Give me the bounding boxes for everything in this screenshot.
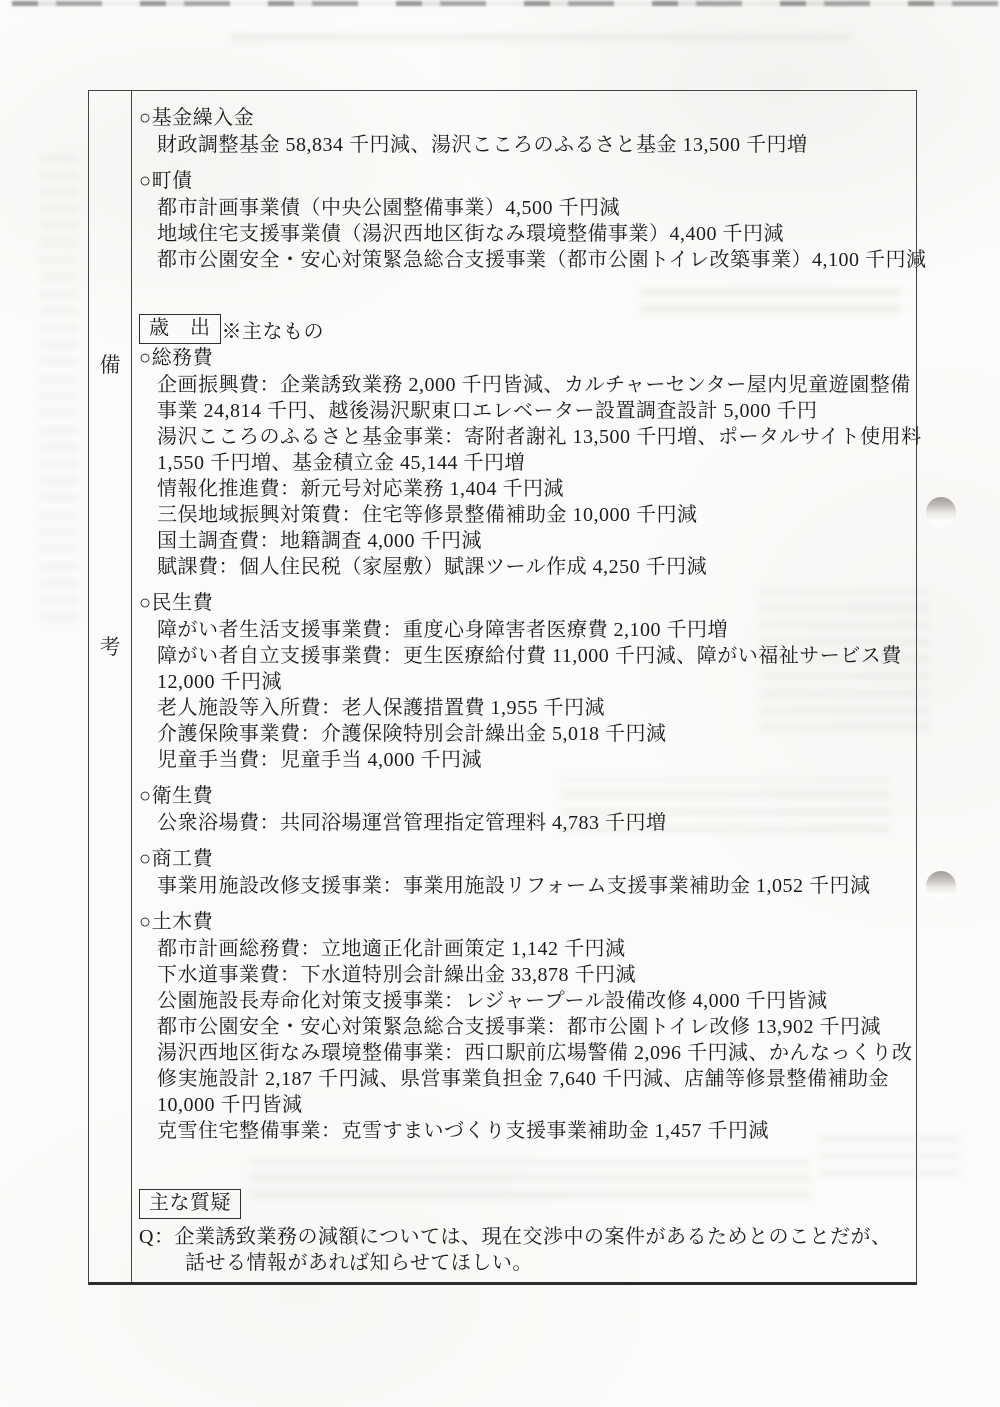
scan-edge-artifact <box>12 1 1000 6</box>
budget-section: ○総務費企画振興費：企業誘致業務 2,000 千円皆減、カルチャーセンター屋内児… <box>139 345 927 580</box>
section-line: 企画振興費：企業誘致業務 2,000 千円皆減、カルチャーセンター屋内児童遊園整… <box>139 372 927 398</box>
remarks-content: ○基金繰入金財政調整基金 58,834 千円減、湯沢こころのふるさと基金 13,… <box>132 91 935 1282</box>
section-line: 克雪住宅整備事業：克雪すまいづくり支援事業補助金 1,457 千円減 <box>139 1118 927 1144</box>
budget-section: ○土木費都市計画総務費：立地適正化計画策定 1,142 千円減下水道事業費：下水… <box>139 909 927 1144</box>
expenditure-note: ※主なもの <box>222 315 325 344</box>
section-line: 都市計画総務費：立地適正化計画策定 1,142 千円減 <box>139 936 927 962</box>
section-heading: ○土木費 <box>139 909 927 936</box>
budget-section: ○衛生費公衆浴場費：共同浴場運営管理指定管理料 4,783 千円増 <box>139 783 927 836</box>
section-line: 老人施設等入所費：老人保護措置費 1,955 千円減 <box>139 695 927 721</box>
questions-header: 主な質疑 <box>139 1188 927 1220</box>
section-heading: ○総務費 <box>139 345 927 372</box>
section-line: 都市計画事業債（中央公園整備事業）4,500 千円減 <box>139 195 927 221</box>
section-heading: ○衛生費 <box>139 783 927 810</box>
budget-section: ○町債都市計画事業債（中央公園整備事業）4,500 千円減地域住宅支援事業債（湯… <box>139 168 927 273</box>
budget-section: ○商工費事業用施設改修支援事業：事業用施設リフォーム支援事業補助金 1,052 … <box>139 846 927 899</box>
expenditure-header: 歳 出 ※主なもの <box>139 313 927 345</box>
section-line: 賦課費：個人住民税（家屋敷）賦課ツール作成 4,250 千円減 <box>139 554 927 580</box>
section-line: 12,000 千円減 <box>139 669 927 695</box>
expenditure-box-label: 歳 出 <box>139 314 221 344</box>
section-line: 障がい者自立支援事業費：更生医療給付費 11,000 千円減、障がい福祉サービス… <box>139 643 927 669</box>
section-line: 公園施設長寿命化対策支援事業：レジャープール設備改修 4,000 千円皆減 <box>139 988 927 1014</box>
section-line: 地域住宅支援事業債（湯沢西地区街なみ環境整備事業）4,400 千円減 <box>139 221 927 247</box>
bleedthrough-ghost <box>230 34 850 50</box>
section-line: 都市公園安全・安心対策緊急総合支援事業：都市公園トイレ改修 13,902 千円減 <box>139 1014 927 1040</box>
section-line: 国土調査費：地籍調査 4,000 千円減 <box>139 528 927 554</box>
section-line: 事業 24,814 千円、越後湯沢駅東口エレベーター設置調査設計 5,000 千… <box>139 398 927 424</box>
questions-box-label: 主な質疑 <box>139 1189 241 1219</box>
remarks-table: 備 考 ○基金繰入金財政調整基金 58,834 千円減、湯沢こころのふるさと基金… <box>88 90 917 1285</box>
section-line: 三俣地域振興対策費：住宅等修景整備補助金 10,000 千円減 <box>139 502 927 528</box>
qa-line: 話せる情報があれば知らせてほしい。 <box>139 1250 927 1276</box>
section-line: 湯沢西地区街なみ環境整備事業：西口駅前広場警備 2,096 千円減、かんなっくり… <box>139 1040 927 1066</box>
section-line: 財政調整基金 58,834 千円減、湯沢こころのふるさと基金 13,500 千円… <box>139 132 927 158</box>
remarks-label-char: 考 <box>89 631 131 661</box>
section-heading: ○町債 <box>139 168 927 195</box>
budget-section: ○民生費障がい者生活支援事業費：重度心身障害者医療費 2,100 千円増障がい者… <box>139 590 927 773</box>
qa-line: Q：企業誘致業務の減額については、現在交渉中の案件があるためとのことだが、 <box>139 1224 927 1250</box>
bleedthrough-ghost <box>40 150 78 630</box>
section-line: 公衆浴場費：共同浴場運営管理指定管理料 4,783 千円増 <box>139 810 927 836</box>
section-line: 都市公園安全・安心対策緊急総合支援事業（都市公園トイレ改築事業）4,100 千円… <box>139 247 927 273</box>
section-heading: ○基金繰入金 <box>139 105 927 132</box>
section-line: 事業用施設改修支援事業：事業用施設リフォーム支援事業補助金 1,052 千円減 <box>139 873 927 899</box>
remarks-column: 備 考 <box>89 91 132 1282</box>
qa-block: Q：企業誘致業務の減額については、現在交渉中の案件があるためとのことだが、話せる… <box>139 1224 927 1276</box>
section-line: 介護保険事業費：介護保険特別会計繰出金 5,018 千円減 <box>139 721 927 747</box>
section-line: 下水道事業費：下水道特別会計繰出金 33,878 千円減 <box>139 962 927 988</box>
budget-section: ○基金繰入金財政調整基金 58,834 千円減、湯沢こころのふるさと基金 13,… <box>139 105 927 158</box>
section-line: 1,550 千円増、基金積立金 45,144 千円増 <box>139 450 927 476</box>
section-heading: ○商工費 <box>139 846 927 873</box>
expenditure-sections: ○総務費企画振興費：企業誘致業務 2,000 千円皆減、カルチャーセンター屋内児… <box>139 345 927 1144</box>
section-line: 湯沢こころのふるさと基金事業：寄附者謝礼 13,500 千円増、ポータルサイト使… <box>139 424 927 450</box>
remarks-label-char: 備 <box>89 349 131 379</box>
section-line: 障がい者生活支援事業費：重度心身障害者医療費 2,100 千円増 <box>139 617 927 643</box>
section-line: 児童手当費：児童手当 4,000 千円減 <box>139 747 927 773</box>
revenue-sections: ○基金繰入金財政調整基金 58,834 千円減、湯沢こころのふるさと基金 13,… <box>139 105 927 273</box>
section-line: 情報化推進費：新元号対応業務 1,404 千円減 <box>139 476 927 502</box>
section-line: 10,000 千円皆減 <box>139 1092 927 1118</box>
section-heading: ○民生費 <box>139 590 927 617</box>
section-line: 修実施設計 2,187 千円減、県営事業負担金 7,640 千円減、店舗等修景整… <box>139 1066 927 1092</box>
